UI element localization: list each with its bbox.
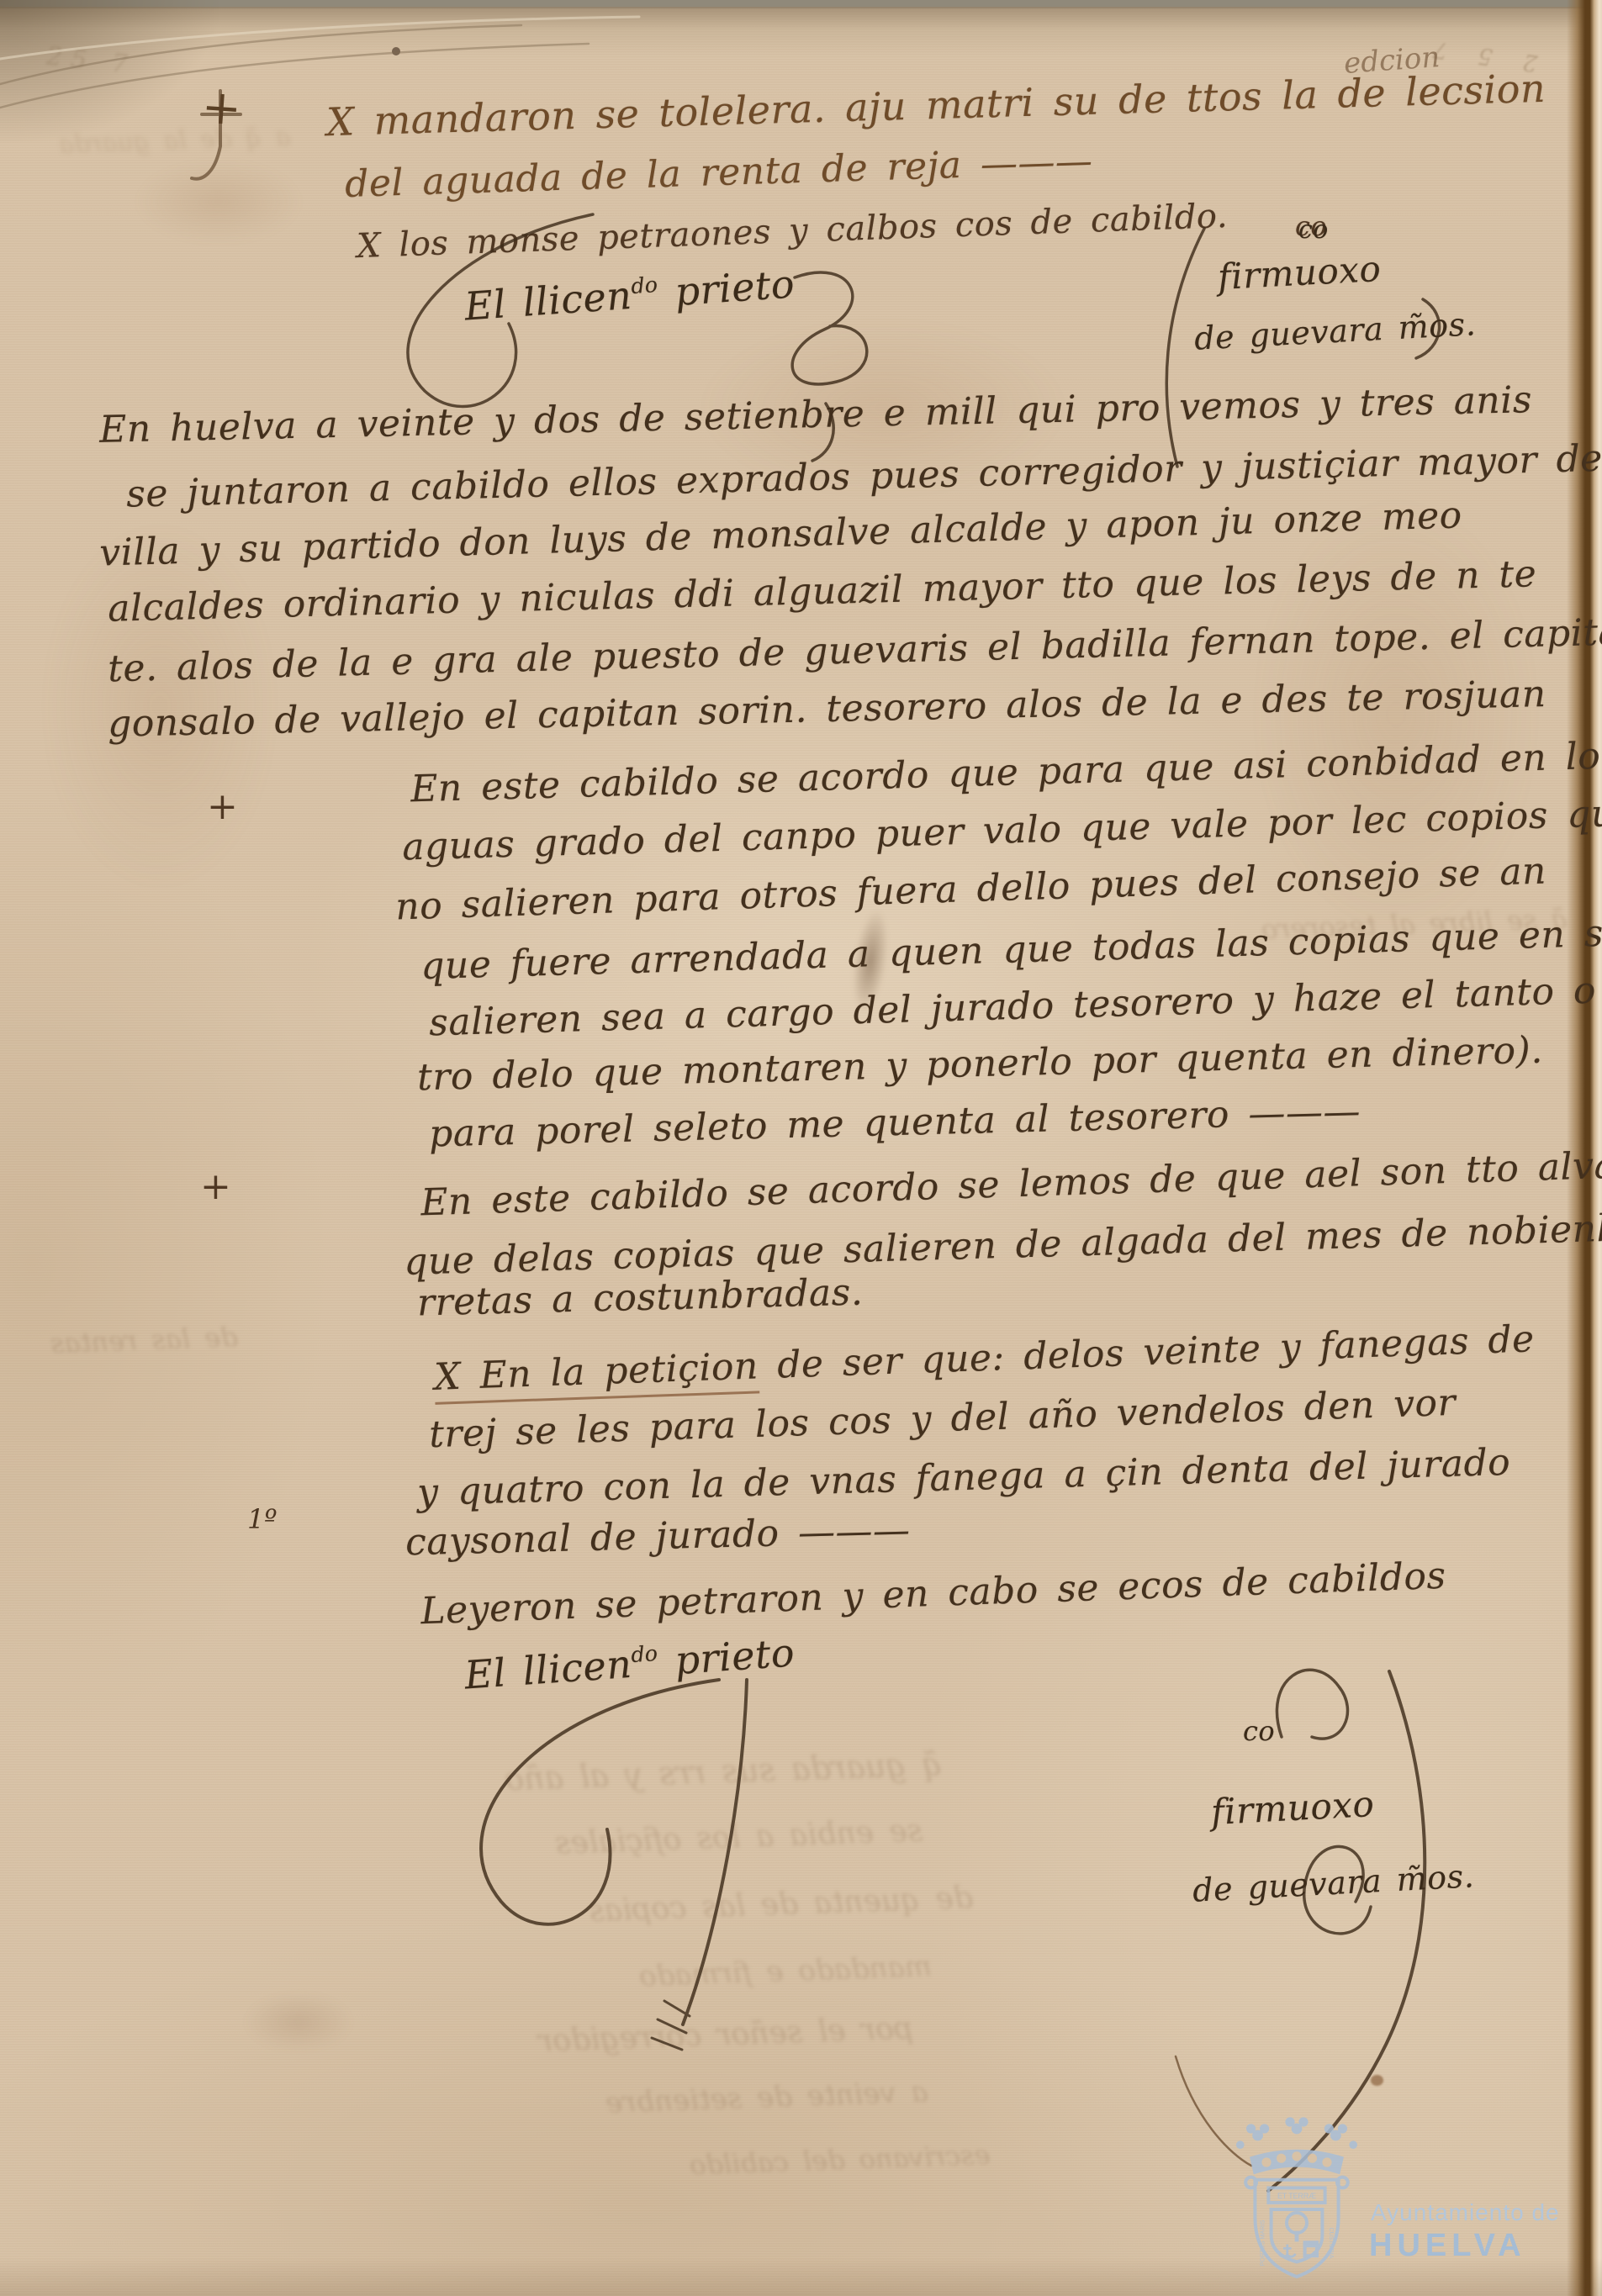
signature-name-part: El llicen <box>463 272 633 330</box>
shield-scroll-left <box>1245 2177 1256 2188</box>
signature-bottom-left: El llicendo prieto <box>463 1629 796 1697</box>
signature-bottom-right-line-1: firmuoxo <box>1210 1783 1376 1833</box>
ink-speck <box>1371 2075 1383 2086</box>
rubric-bottom-right-lead <box>1277 1670 1347 1739</box>
margin-cross-acta-2: + <box>200 1165 231 1208</box>
tree-crown <box>1287 2213 1307 2233</box>
signature-name-part: prieto <box>674 1629 796 1683</box>
bleedthrough-line: por el señor corregidor <box>537 2011 913 2059</box>
tree-trunk <box>1295 2231 1299 2242</box>
margin-cross-acta-1: + <box>207 785 238 828</box>
signature-top-left: El llicendo prieto <box>463 261 796 329</box>
rubric-bottom-left-oval <box>481 1680 719 1924</box>
watermark-city-label: HUELVA <box>1369 2228 1526 2264</box>
underlined-phrase: X En la petiçion <box>434 1344 759 1404</box>
margin-item-number: 1º <box>247 1503 277 1535</box>
acta-a-line-1: En huelva a veinte y dos de setienbre e … <box>99 378 1533 451</box>
manuscript-page-scan: q̃ guarda sus rrs y al año se enbia a lo… <box>0 0 1602 2296</box>
heading-line-2: del aguada de la renta de reja ——— <box>344 140 1093 206</box>
signature-top-right-line-2: de guevara m̃os. <box>1193 305 1477 356</box>
bleedthrough-line: q̃ guarda sus rrs y al año <box>504 1745 943 1797</box>
heading-line-3: X los monse petraones y calbos cos de ca… <box>357 197 1229 266</box>
acta-d-line-4: caysonal de jurado ——— <box>404 1509 911 1565</box>
acta-d-line-1-rest: de ser que: delos veinte y fanegas de <box>758 1317 1536 1387</box>
tower-merlons <box>1305 2242 1317 2246</box>
bleedthrough-line: de quenta de las copias <box>588 1881 973 1929</box>
signature-bottom-right-note: co <box>1243 1715 1275 1747</box>
acta-d-line-3: y quatro con la de vnas fanega a çin den… <box>417 1441 1511 1514</box>
closing-line: Leyeron se petraron y en cabo se ecos de… <box>420 1554 1446 1634</box>
signature-top-right-note: co <box>1298 215 1329 245</box>
bleedthrough-line: se enbia a los ofiçiales <box>554 1813 923 1861</box>
bleedthrough-line: mandado e firmado <box>638 1950 932 1993</box>
signature-name-part: prieto <box>674 261 796 314</box>
signature-superscript: do <box>630 1641 658 1667</box>
signature-superscript: do <box>630 272 658 298</box>
signature-name-part: El llicen <box>463 1641 633 1698</box>
bleedthrough-line: a veinte de setienbre <box>605 2075 928 2119</box>
stain-patch <box>244 1993 353 2051</box>
crest-motto-top: ET TERRÆ <box>1277 2192 1316 2200</box>
signature-top-right-line-1: firmuoxo <box>1217 248 1383 298</box>
bleedthrough-line: escrivano del cabildo <box>689 2139 991 2181</box>
heading-line-1: X mandaron se tolelera. aju matri su de … <box>326 66 1546 145</box>
crest-motto-right: CUSTODIA <box>1328 2227 1335 2258</box>
bleedthrough-line: de las rentas <box>50 1321 238 1359</box>
crown-trefoils <box>1236 2117 1357 2149</box>
shield-scroll-right <box>1337 2177 1348 2188</box>
huelva-crest-icon: ET TERRÆ PORTUS MARIS CUSTODIA <box>1229 2098 1364 2296</box>
watermark-org-label: Ayuntamiento de <box>1371 2199 1560 2226</box>
stain-patch <box>135 160 303 244</box>
crest-motto-left: PORTUS MARIS <box>1259 2220 1266 2267</box>
acta-b-line-7: para porel seleto me quenta al tesorero … <box>429 1090 1361 1155</box>
margin-cross-heading: + <box>200 79 243 136</box>
signature-bottom-right-line-2: de guevara m̃os. <box>1192 1857 1475 1908</box>
